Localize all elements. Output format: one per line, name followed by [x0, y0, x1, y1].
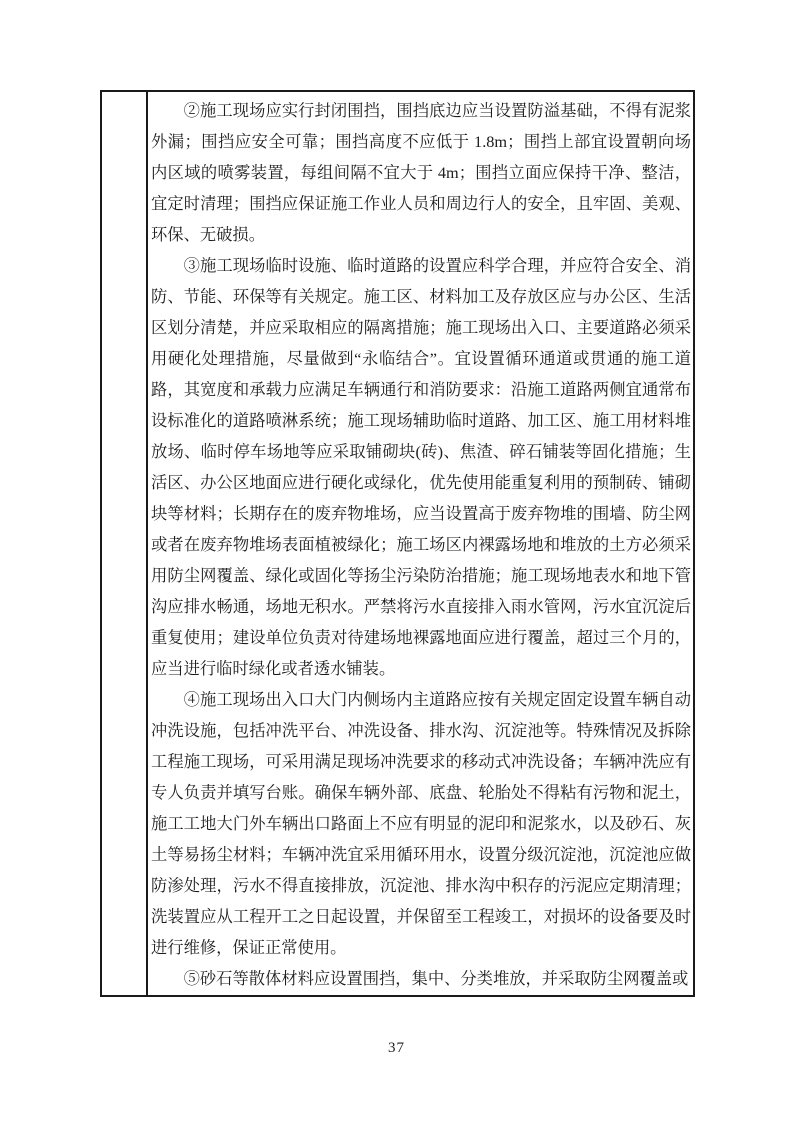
paragraph-enclosure-requirements: ②施工现场应实行封闭围挡，围挡底边应当设置防溢基础，不得有泥浆外漏；围挡应安全可… — [151, 95, 691, 250]
table-main-cell: ②施工现场应实行封闭围挡，围挡底边应当设置防溢基础，不得有泥浆外漏；围挡应安全可… — [148, 92, 693, 995]
paragraph-vehicle-washing: ④施工现场出入口大门内侧场内主道路应按有关规定固定设置车辆自动冲洗设施，包括冲洗… — [151, 684, 691, 963]
paragraph-bulk-materials: ⑤砂石等散体材料应设置围挡，集中、分类堆放，并采取防尘网覆盖或 — [151, 963, 691, 994]
page-number: 37 — [0, 1040, 793, 1057]
document-page: ②施工现场应实行封闭围挡，围挡底边应当设置防溢基础，不得有泥浆外漏；围挡应安全可… — [0, 0, 793, 1122]
paragraph-temporary-facilities: ③施工现场临时设施、临时道路的设置应科学合理，并应符合安全、消防、节能、环保等有… — [151, 250, 691, 684]
table-left-cell — [102, 92, 148, 995]
content-table: ②施工现场应实行封闭围挡，围挡底边应当设置防溢基础，不得有泥浆外漏；围挡应安全可… — [100, 90, 695, 997]
